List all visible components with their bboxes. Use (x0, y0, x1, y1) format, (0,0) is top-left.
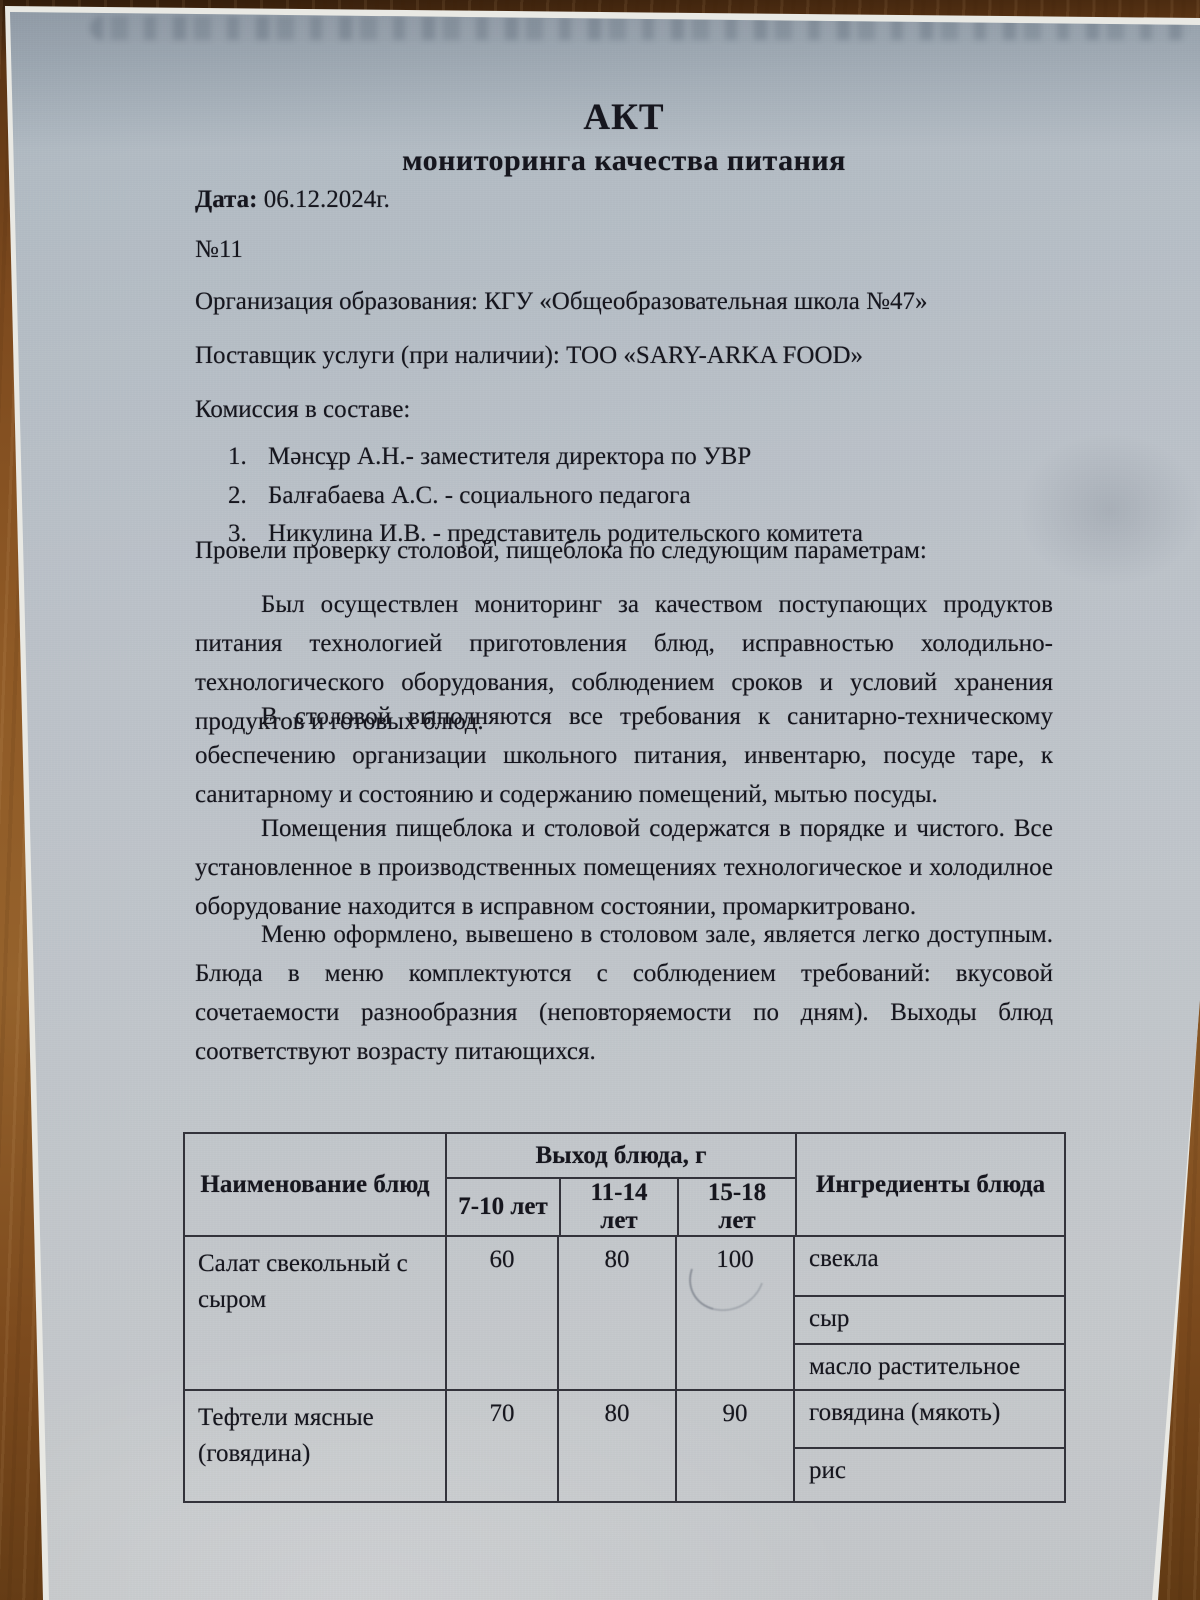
check-line: Провели проверку столовой, пищеблока по … (195, 531, 1053, 570)
cell-weight-15-18: 90 (675, 1391, 793, 1501)
cell-dish: Тефтели мясные (говядина) (185, 1391, 445, 1501)
cell-weight-11-14: 80 (557, 1237, 675, 1389)
document-title: АКТ (195, 96, 1053, 140)
member-number: 2. (228, 477, 268, 516)
cell-weight-7-10: 70 (445, 1391, 557, 1501)
member-text: Мәнсұр А.Н.- заместителя директора по УВ… (268, 438, 751, 477)
table-row: Тефтели мясные (говядина) 70 80 90 говяд… (185, 1389, 1064, 1501)
cell-ingredients: говядина (мякоть) рис (793, 1391, 1064, 1501)
header-output-label: Выход блюда, г (447, 1134, 795, 1179)
ingredient-item: рис (795, 1447, 1064, 1501)
member-number: 1. (228, 438, 268, 477)
header-age-7-10: 7-10 лет (447, 1179, 559, 1235)
commission-member: 2. Балғабаева А.С. - социального педагог… (228, 477, 1054, 516)
photographed-document: АКТ мониторинга качества питания Дата: 0… (0, 0, 1200, 1600)
header-age-row: 7-10 лет 11-14 лет 15-18 лет (447, 1179, 795, 1235)
date-line: Дата: 06.12.2024г. (195, 180, 1053, 219)
document-subtitle: мониторинга качества питания (195, 142, 1053, 180)
header-output-group: Выход блюда, г 7-10 лет 11-14 лет 15-18 … (445, 1134, 795, 1235)
paragraph-menu: Меню оформлено, вывешено в столовом зале… (195, 915, 1053, 1071)
paragraph-premises: Помещения пищеблока и столовой содержатс… (195, 809, 1053, 926)
ingredient-item: свекла (795, 1237, 1064, 1295)
ingredient-item: масло растительное (795, 1343, 1064, 1389)
commission-heading: Комиссия в составе: (195, 390, 1053, 429)
header-ingredients: Ингредиенты блюда (795, 1134, 1064, 1235)
cell-ingredients: свекла сыр масло растительное (793, 1237, 1064, 1389)
date-value: 06.12.2024г. (264, 186, 390, 213)
table-header: Наименование блюд Выход блюда, г 7-10 ле… (185, 1134, 1064, 1235)
ingredient-item: говядина (мякоть) (795, 1391, 1064, 1447)
header-age-15-18: 15-18 лет (677, 1179, 795, 1235)
cell-weight-7-10: 60 (445, 1237, 557, 1389)
document-content: АКТ мониторинга качества питания Дата: 0… (0, 0, 1200, 1600)
supplier-line: Поставщик услуги (при наличии): ТОО «SAR… (195, 336, 1053, 375)
organization-line: Организация образования: КГУ «Общеобразо… (195, 282, 1053, 321)
commission-member: 1. Мәнсұр А.Н.- заместителя директора по… (228, 438, 1054, 477)
header-dish-name: Наименование блюд (185, 1134, 445, 1235)
header-age-11-14: 11-14 лет (559, 1179, 677, 1235)
paragraph-sanitary: В столовой выполняются все требования к … (195, 697, 1053, 814)
cell-weight-11-14: 80 (557, 1391, 675, 1501)
act-number: №11 (195, 230, 1053, 269)
date-label: Дата: (195, 186, 257, 213)
ingredient-item: сыр (795, 1295, 1064, 1343)
table-row: Салат свекольный с сыром 60 80 100 свекл… (185, 1235, 1064, 1389)
menu-table: Наименование блюд Выход блюда, г 7-10 ле… (183, 1132, 1066, 1503)
member-text: Балғабаева А.С. - социального педагога (268, 477, 691, 516)
cell-dish: Салат свекольный с сыром (185, 1237, 445, 1389)
